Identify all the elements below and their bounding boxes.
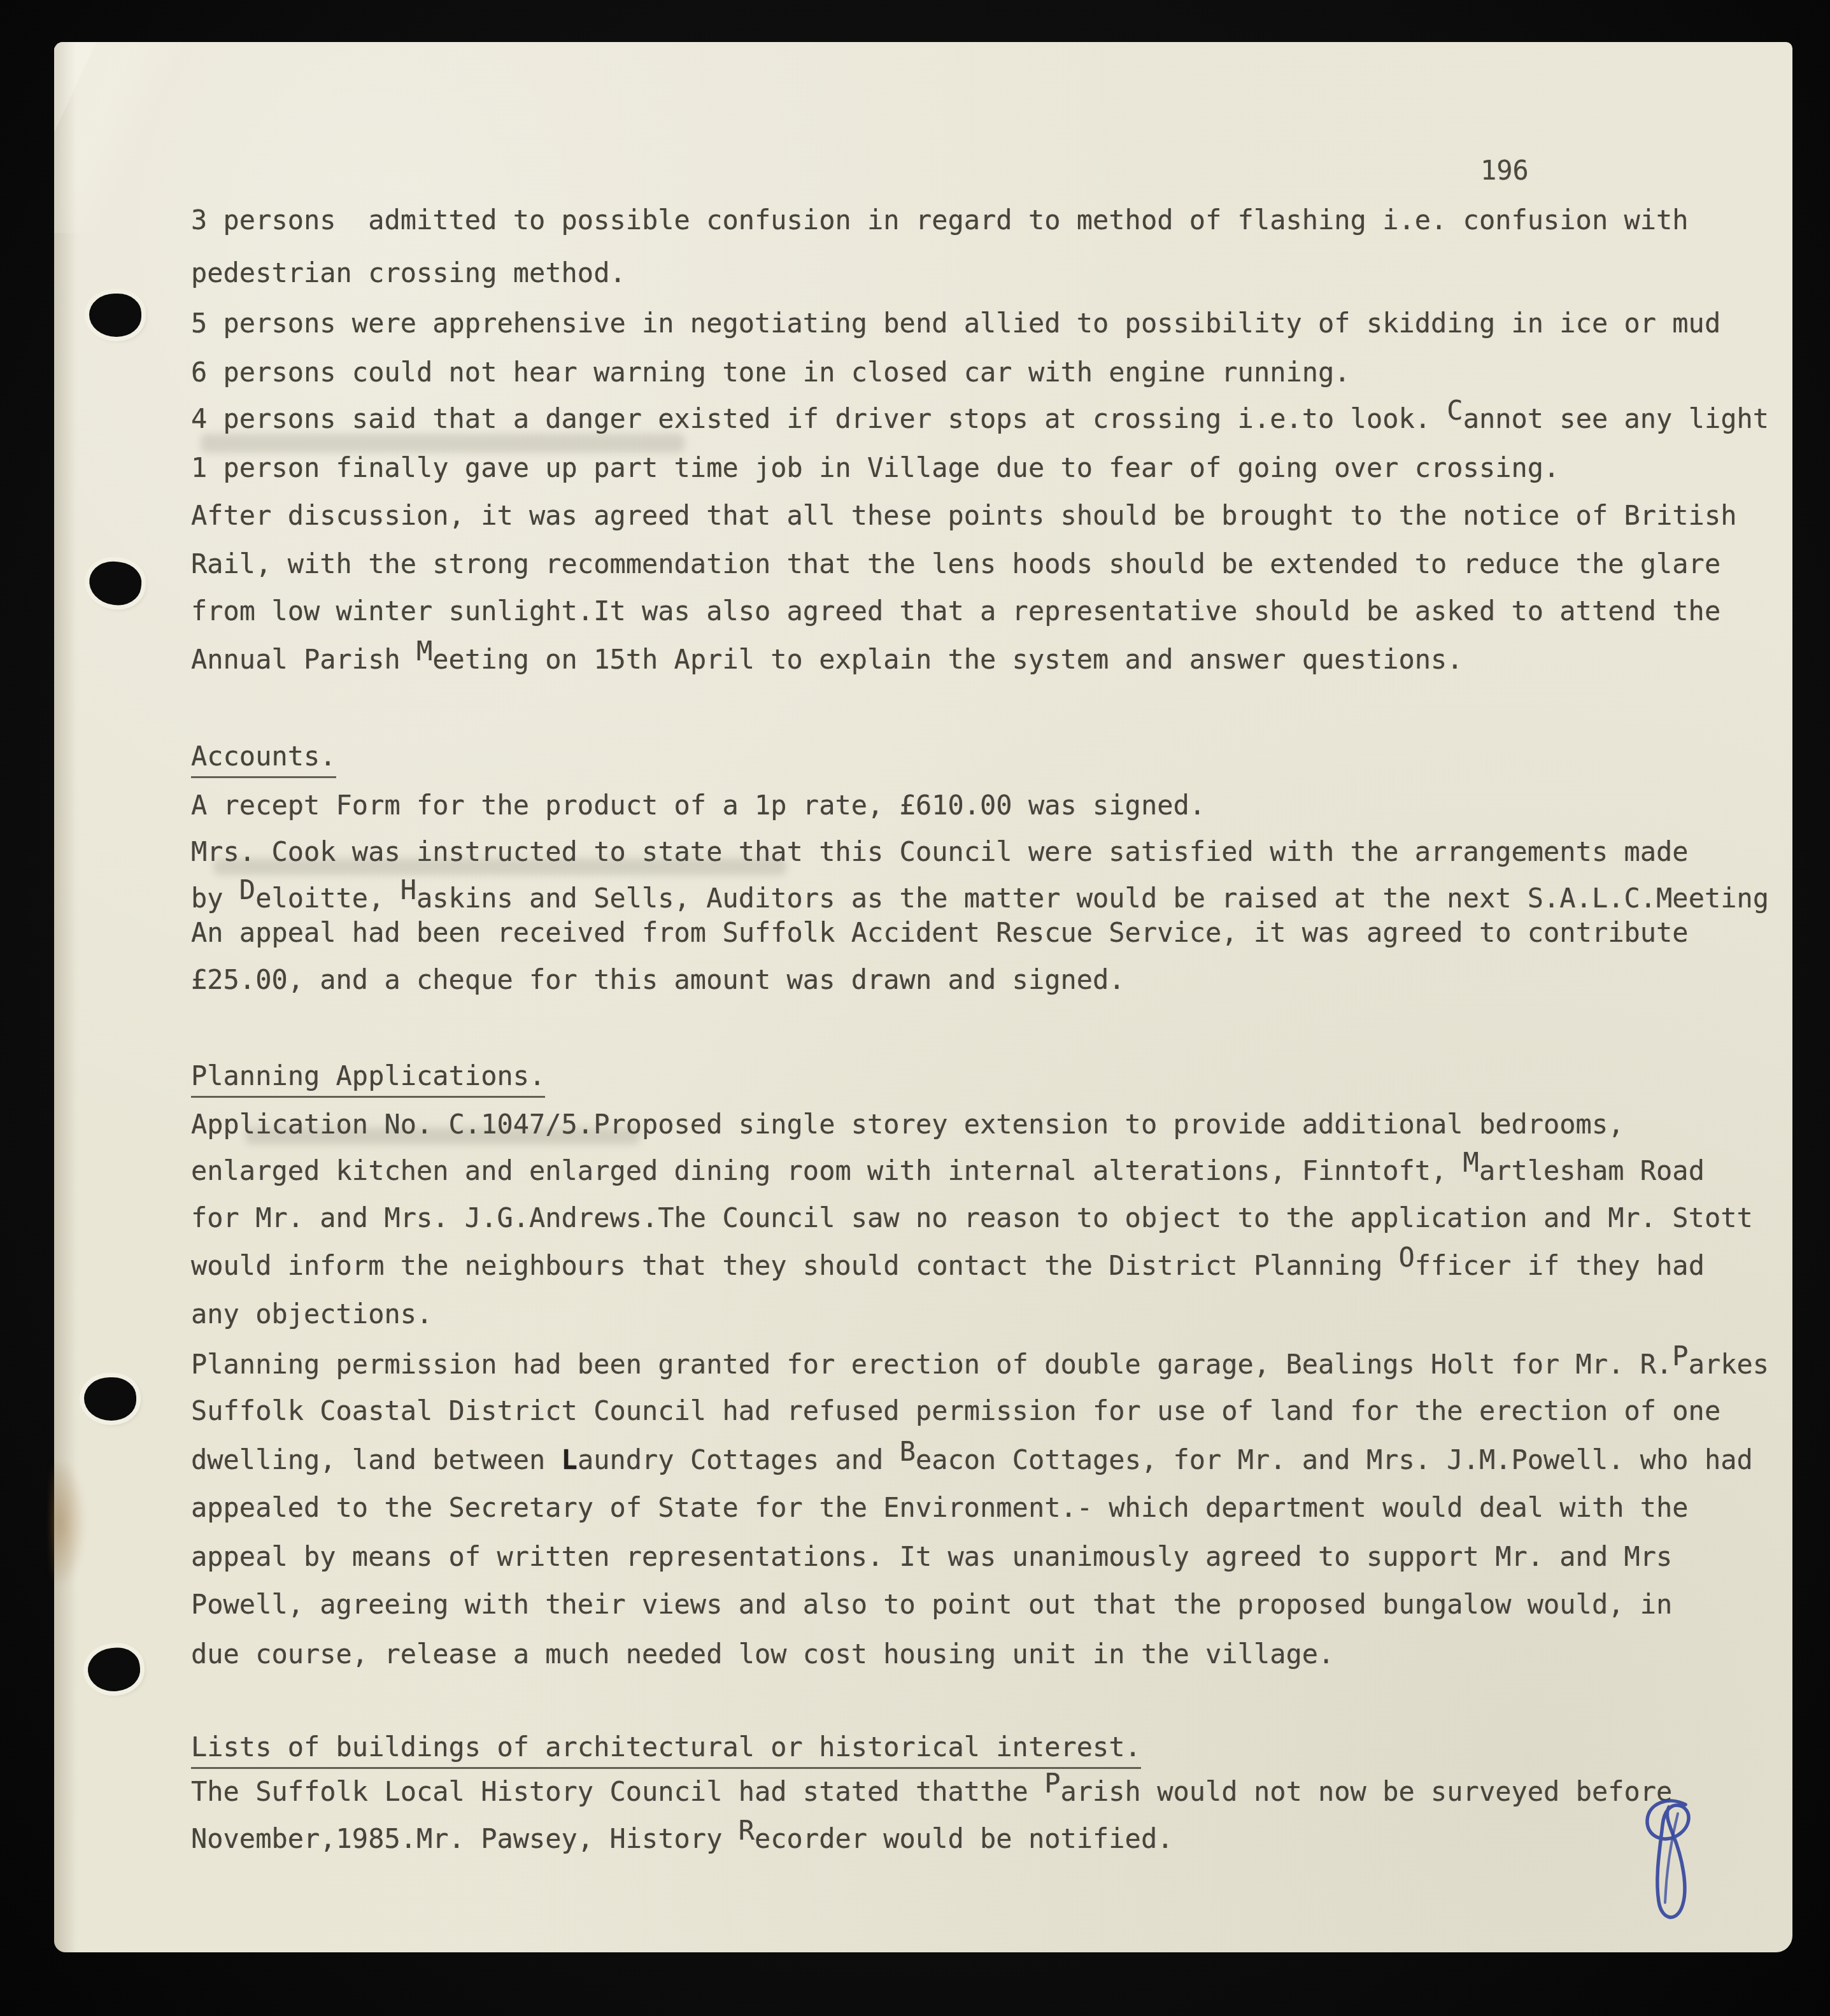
pen-corrected-letter: L (562, 1444, 578, 1475)
punch-hole (87, 558, 145, 609)
section-heading-accounts: Accounts. (191, 743, 336, 770)
text-line: for Mr. and Mrs. J.G.Andrews.The Council… (191, 1205, 1753, 1232)
punch-hole (84, 1377, 136, 1421)
text-line: Mrs. Cook was instructed to state that t… (191, 839, 1689, 865)
text-line: pedestrian crossing method. (191, 260, 626, 287)
text-line: enlarged kitchen and enlarged dining roo… (191, 1158, 1705, 1184)
text-line: Powell, agreeing with their views and al… (191, 1591, 1672, 1618)
raised-letter: M (416, 635, 432, 667)
text-segment: by (191, 883, 239, 914)
raised-letter: M (1463, 1147, 1479, 1178)
text-line: Rail, with the strong recommendation tha… (191, 551, 1720, 578)
text-line: 6 persons could not hear warning tone in… (191, 359, 1351, 386)
text-segment: arish would not now be surveyed before (1060, 1776, 1672, 1807)
text-line: Application No. C.1047/5.Proposed single… (191, 1111, 1624, 1138)
text-segment: artlesham Road (1479, 1155, 1705, 1186)
raised-letter: H (401, 874, 416, 905)
text-line: 1 person finally gave up part time job i… (191, 455, 1559, 481)
text-line: Annual Parish Meeting on 15th April to e… (191, 646, 1463, 673)
heading-label: Lists of buildings of architectural or h… (191, 1731, 1141, 1769)
raised-letter: O (1398, 1242, 1414, 1273)
heading-label: Planning Applications. (191, 1060, 545, 1098)
punch-hole (86, 1645, 143, 1694)
text-segment: eacon Cottages, for Mr. and Mrs. J.M.Pow… (916, 1444, 1753, 1475)
text-segment: fficer if they had (1415, 1250, 1705, 1281)
text-line: due course, release a much needed low co… (191, 1641, 1334, 1668)
text-segment: enlarged kitchen and enlarged dining roo… (191, 1155, 1463, 1186)
text-line: 4 persons said that a danger existed if … (191, 406, 1769, 432)
text-line: 5 persons were apprehensive in negotiati… (191, 310, 1720, 337)
text-segment: annot see any light (1463, 403, 1769, 434)
text-segment: would inform the neighbours that they sh… (191, 1250, 1398, 1281)
text-line: November,1985.Mr. Pawsey, History Record… (191, 1826, 1173, 1852)
raised-letter: P (1672, 1340, 1688, 1372)
text-segment: 4 persons said that a danger existed if … (191, 403, 1447, 434)
text-line: A recept Form for the product of a 1p ra… (191, 792, 1205, 819)
text-line: from low winter sunlight.It was also agr… (191, 598, 1720, 625)
text-segment: The Suffolk Local History Council had st… (191, 1776, 1044, 1807)
text-segment: askins and Sells, Auditors as the matter… (416, 883, 1769, 914)
text-segment: dwelling, land between (191, 1444, 562, 1475)
pen-initial-mark (1633, 1794, 1716, 1934)
show-through-smudge (201, 434, 684, 453)
text-segment: Annual Parish (191, 644, 416, 675)
text-line: 3 persons admitted to possible confusion… (191, 207, 1689, 234)
text-segment: arkes (1689, 1349, 1769, 1380)
page-number: 196 (1480, 157, 1529, 184)
text-segment: November,1985.Mr. Pawsey, History (191, 1823, 739, 1854)
text-line: Suffolk Coastal District Council had ref… (191, 1398, 1720, 1424)
text-segment: eeting on 15th April to explain the syst… (432, 644, 1463, 675)
scanned-minutes-page: 196 3 persons admitted to possible confu… (0, 0, 1830, 2016)
text-segment: aundry Cottages and (578, 1444, 900, 1475)
section-heading-planning-applications: Planning Applications. (191, 1063, 545, 1090)
punch-hole (89, 294, 141, 337)
text-segment: eloitte, (255, 883, 401, 914)
text-line: would inform the neighbours that they sh… (191, 1253, 1705, 1279)
text-line: The Suffolk Local History Council had st… (191, 1778, 1672, 1805)
text-line: £25.00, and a cheque for this amount was… (191, 967, 1125, 993)
text-line: by Deloitte, Haskins and Sells, Auditors… (191, 885, 1769, 912)
text-line: After discussion, it was agreed that all… (191, 502, 1736, 529)
section-heading-listed-buildings: Lists of buildings of architectural or h… (191, 1734, 1141, 1761)
text-line: dwelling, land between Laundry Cottages … (191, 1447, 1753, 1473)
text-line: Planning permission had been granted for… (191, 1351, 1769, 1378)
text-line: any objections. (191, 1301, 432, 1328)
raised-letter: R (739, 1815, 755, 1846)
text-line: appealed to the Secretary of State for t… (191, 1494, 1689, 1521)
heading-label: Accounts. (191, 741, 336, 778)
raised-letter: C (1447, 395, 1463, 426)
text-line: appeal by means of written representatio… (191, 1544, 1672, 1570)
edge-stain (50, 1462, 85, 1583)
text-line: An appeal had been received from Suffolk… (191, 919, 1689, 946)
paper-sheet: 196 3 persons admitted to possible confu… (54, 42, 1792, 1952)
raised-letter: D (239, 874, 255, 905)
text-segment: ecorder would be notified. (755, 1823, 1173, 1854)
raised-letter: P (1044, 1768, 1060, 1799)
raised-letter: B (900, 1436, 916, 1467)
text-segment: Planning permission had been granted for… (191, 1349, 1672, 1380)
